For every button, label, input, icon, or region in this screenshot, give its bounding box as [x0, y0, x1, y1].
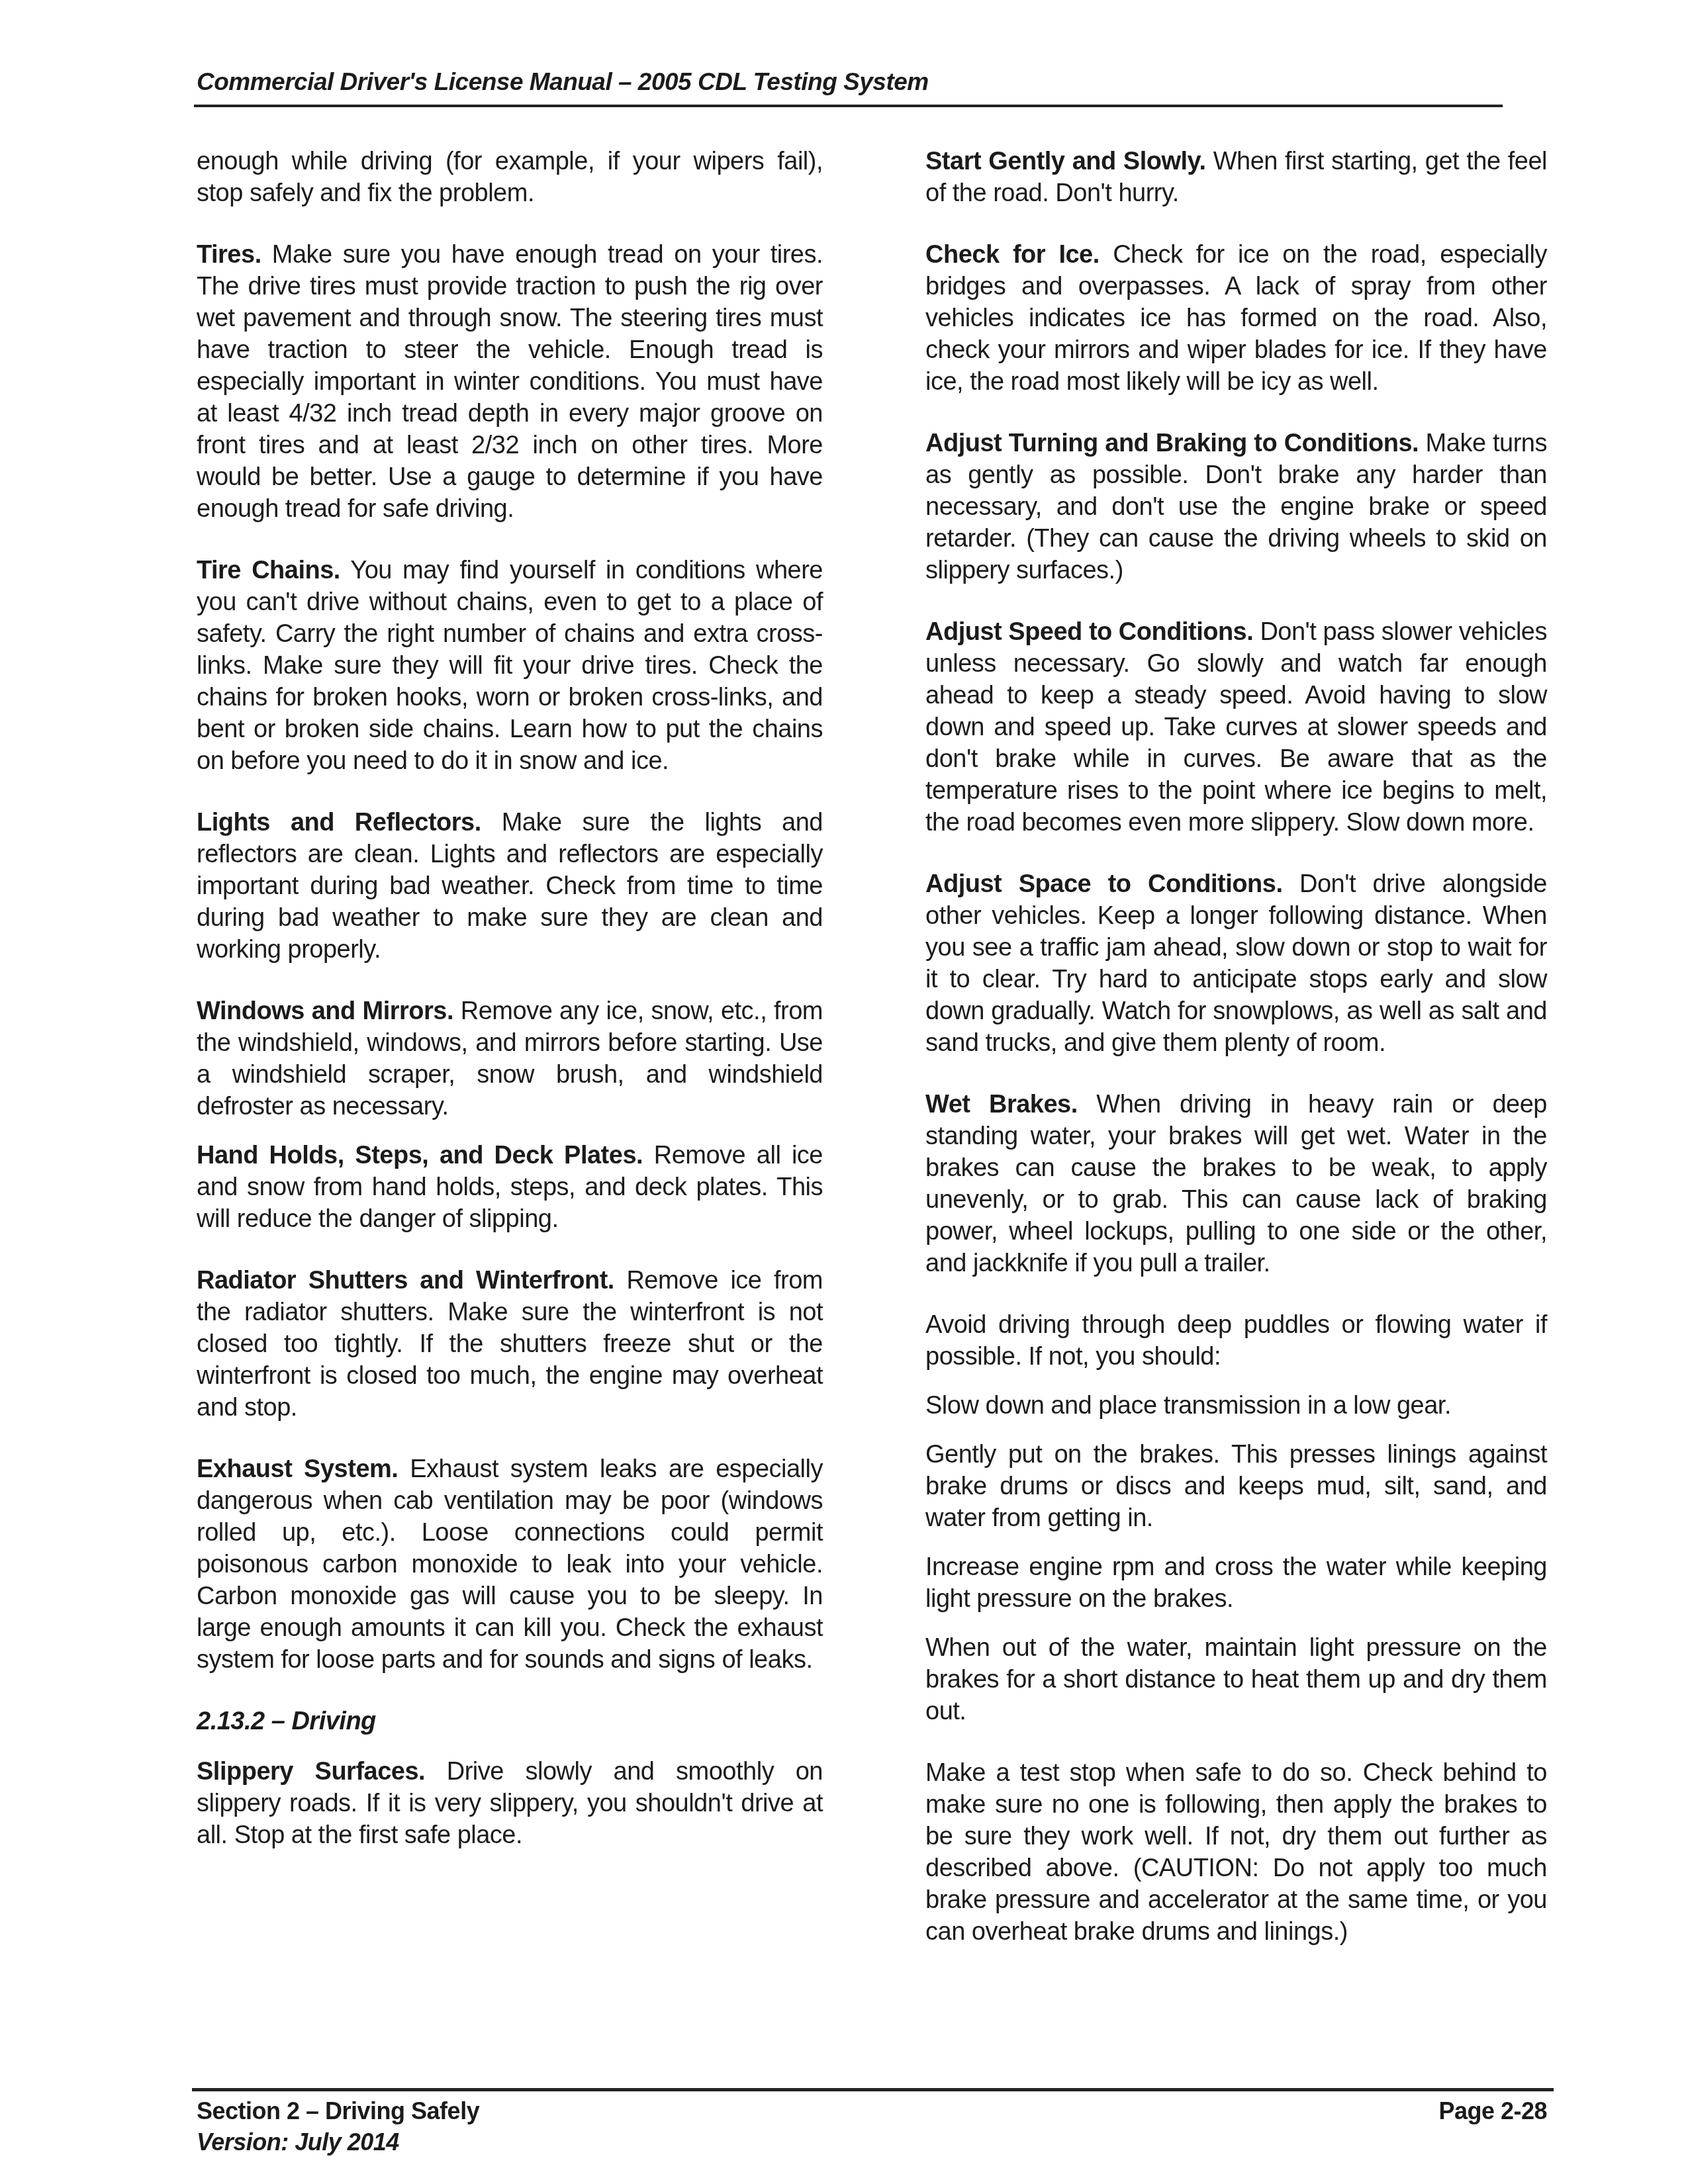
para-radiator-shutters-winterfront: Radiator Shutters and Winterfront. Remov…: [197, 1265, 823, 1424]
para-slippery-surfaces: Slippery Surfaces. Drive slowly and smoo…: [197, 1756, 823, 1851]
section-heading-2-13-2-driving: 2.13.2 – Driving: [197, 1706, 823, 1737]
para-text: When driving in heavy rain or deep stand…: [925, 1091, 1547, 1277]
para-lead: Start Gently and Slowly.: [925, 148, 1205, 175]
para-exhaust-system: Exhaust System. Exhaust system leaks are…: [197, 1453, 823, 1676]
footer-row: Section 2 – Driving Safely Page 2-28: [197, 2095, 1547, 2126]
para-lead: Adjust Speed to Conditions.: [925, 618, 1253, 646]
para-text: Make a test stop when safe to do so. Che…: [925, 1759, 1547, 1946]
para-text: Don't pass slower vehicles unless necess…: [925, 618, 1547, 837]
header-rule: [194, 105, 1503, 107]
para-text: You may find yourself in conditions wher…: [197, 557, 823, 775]
left-column: enough while driving (for example, if yo…: [197, 146, 823, 1978]
para-lead: Windows and Mirrors.: [197, 997, 453, 1025]
footer-version-label: Version: July 2014: [197, 2126, 1547, 2158]
para-tires: Tires. Make sure you have enough tread o…: [197, 239, 823, 525]
para-avoid-deep-puddles: Avoid driving through deep puddles or fl…: [925, 1309, 1547, 1373]
page-footer: Section 2 – Driving Safely Page 2-28 Ver…: [197, 2095, 1547, 2158]
para-adjust-speed-to-conditions: Adjust Speed to Conditions. Don't pass s…: [925, 616, 1547, 839]
para-increase-engine-rpm: Increase engine rpm and cross the water …: [925, 1551, 1547, 1615]
para-text: Don't drive alongside other vehicles. Ke…: [925, 870, 1547, 1057]
para-lead: Tire Chains.: [197, 557, 340, 584]
para-slow-down-low-gear: Slow down and place transmission in a lo…: [925, 1390, 1547, 1422]
footer-page-number: Page 2-28: [1438, 2095, 1547, 2126]
para-lead: Hand Holds, Steps, and Deck Plates.: [197, 1142, 643, 1169]
para-text: Increase engine rpm and cross the water …: [925, 1553, 1547, 1613]
para-lead: Tires.: [197, 241, 261, 269]
para-tire-chains: Tire Chains. You may find yourself in co…: [197, 555, 823, 777]
two-column-content: enough while driving (for example, if yo…: [197, 146, 1547, 1978]
para-text: Make sure you have enough tread on your …: [197, 241, 823, 523]
para-text: Slow down and place transmission in a lo…: [925, 1392, 1451, 1420]
para-make-a-test-stop: Make a test stop when safe to do so. Che…: [925, 1757, 1547, 1948]
para-lead: Adjust Turning and Braking to Conditions…: [925, 430, 1419, 457]
para-lead: Check for Ice.: [925, 241, 1100, 269]
para-lead: Slippery Surfaces.: [197, 1758, 425, 1786]
para-hand-holds-steps-deck-plates: Hand Holds, Steps, and Deck Plates. Remo…: [197, 1140, 823, 1235]
para-wet-brakes: Wet Brakes. When driving in heavy rain o…: [925, 1089, 1547, 1279]
para-check-for-ice: Check for Ice. Check for ice on the road…: [925, 239, 1547, 398]
right-column: Start Gently and Slowly. When first star…: [925, 146, 1547, 1978]
para-text: Avoid driving through deep puddles or fl…: [925, 1311, 1547, 1371]
para-text: enough while driving (for example, if yo…: [197, 148, 823, 207]
para-continuation: enough while driving (for example, if yo…: [197, 146, 823, 209]
para-lead: Radiator Shutters and Winterfront.: [197, 1267, 614, 1295]
para-text: When out of the water, maintain light pr…: [925, 1634, 1547, 1725]
para-text: Gently put on the brakes. This presses l…: [925, 1441, 1547, 1532]
footer-rule: [192, 2088, 1554, 2091]
para-lead: Adjust Space to Conditions.: [925, 870, 1282, 898]
para-lead: Lights and Reflectors.: [197, 809, 481, 837]
para-maintain-light-pressure: When out of the water, maintain light pr…: [925, 1632, 1547, 1727]
para-adjust-turning-and-braking: Adjust Turning and Braking to Conditions…: [925, 428, 1547, 586]
footer-section-label: Section 2 – Driving Safely: [197, 2095, 479, 2126]
para-gently-put-on-brakes: Gently put on the brakes. This presses l…: [925, 1439, 1547, 1534]
manual-document-page: Commercial Driver's License Manual – 200…: [0, 0, 1688, 2184]
para-text: Exhaust system leaks are especially dang…: [197, 1455, 823, 1674]
para-start-gently-and-slowly: Start Gently and Slowly. When first star…: [925, 146, 1547, 209]
para-windows-and-mirrors: Windows and Mirrors. Remove any ice, sno…: [197, 995, 823, 1122]
para-lead: Wet Brakes.: [925, 1091, 1078, 1118]
para-lead: Exhaust System.: [197, 1455, 398, 1483]
para-lights-and-reflectors: Lights and Reflectors. Make sure the lig…: [197, 807, 823, 966]
para-adjust-space-to-conditions: Adjust Space to Conditions. Don't drive …: [925, 868, 1547, 1059]
page-header-title: Commercial Driver's License Manual – 200…: [197, 68, 929, 96]
